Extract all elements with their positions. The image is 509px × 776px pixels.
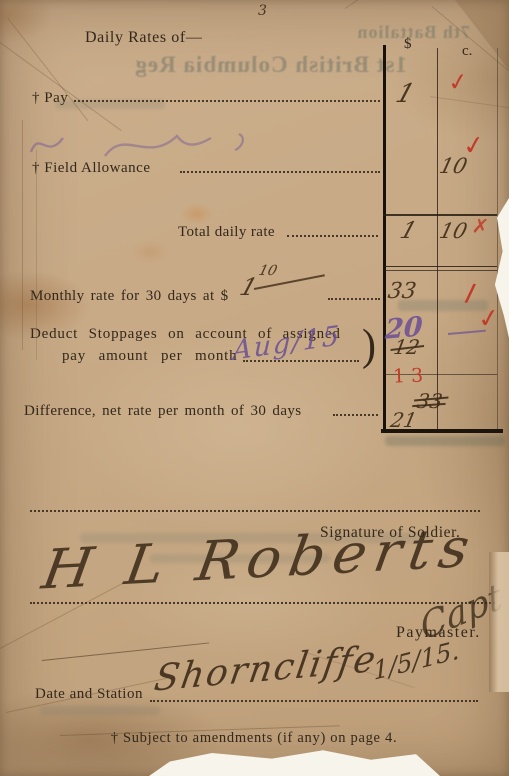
paybook-page: 7th Battalion 1st British Columbia Reg 3…	[0, 0, 509, 776]
column-header-dollar: $	[404, 36, 412, 53]
value-difference-final: 21	[388, 408, 419, 432]
bleedthrough-regiment: 1st British Columbia Reg	[32, 52, 407, 78]
value-total-dollar: 1	[397, 218, 420, 244]
row-label-pay: † Pay	[32, 90, 68, 107]
leader-dots-difference	[333, 414, 378, 416]
red-checkmark-pay: ✓	[446, 67, 470, 98]
row-label-difference: Difference, net rate per month of 30 day…	[24, 403, 302, 420]
bleedthrough-streak	[40, 706, 160, 715]
leader-dots-date-station	[150, 700, 478, 702]
page-number: 3	[258, 3, 267, 19]
deduct-closing-brace: )	[362, 321, 376, 371]
row-label-deduct-line2: pay amount per month	[62, 348, 237, 365]
handwritten-rate-superscript: 10	[257, 263, 279, 279]
page-title: Daily Rates of—	[85, 29, 202, 47]
torn-edge-bottom	[140, 748, 440, 776]
paper-crease	[36, 150, 37, 360]
paper-crease	[345, 0, 424, 9]
bleedthrough-streak	[385, 436, 505, 446]
leader-dots-field-allowance	[180, 171, 380, 173]
value-total-cents: 10	[437, 219, 470, 243]
value-monthly-dollar: 33	[386, 279, 418, 304]
leader-dots-monthly	[328, 298, 380, 300]
leader-dots-pay	[74, 100, 380, 102]
handwritten-station: Shorncliffe	[151, 639, 380, 700]
row-label-monthly: Monthly rate for 30 days at $	[30, 288, 229, 305]
red-checkmark-field-allowance: ✓	[461, 130, 487, 163]
row-label-total: Total daily rate	[178, 224, 275, 241]
column-header-cents: c.	[462, 43, 472, 60]
double-rule-below-total-1	[383, 266, 497, 267]
leader-dots-total	[287, 235, 378, 237]
bleedthrough-battalion: 7th Battalion	[285, 22, 470, 43]
value-pay-dollar: 1	[392, 79, 418, 109]
paper-crease	[22, 120, 23, 350]
value-difference-old: 33	[416, 389, 445, 413]
double-rule-below-total-2	[383, 270, 497, 271]
red-checkmark-deduct: ✓	[476, 303, 502, 336]
row-label-field-allowance: † Field Allowance	[32, 160, 150, 177]
value-difference-red: 13	[393, 364, 430, 387]
value-deduct-new: 20	[384, 311, 423, 346]
red-mark-total: ✗	[471, 213, 490, 239]
signature-rule-top	[30, 510, 480, 512]
soldier-signature: H L Roberts	[38, 515, 481, 601]
page-edge-curl	[489, 552, 509, 692]
